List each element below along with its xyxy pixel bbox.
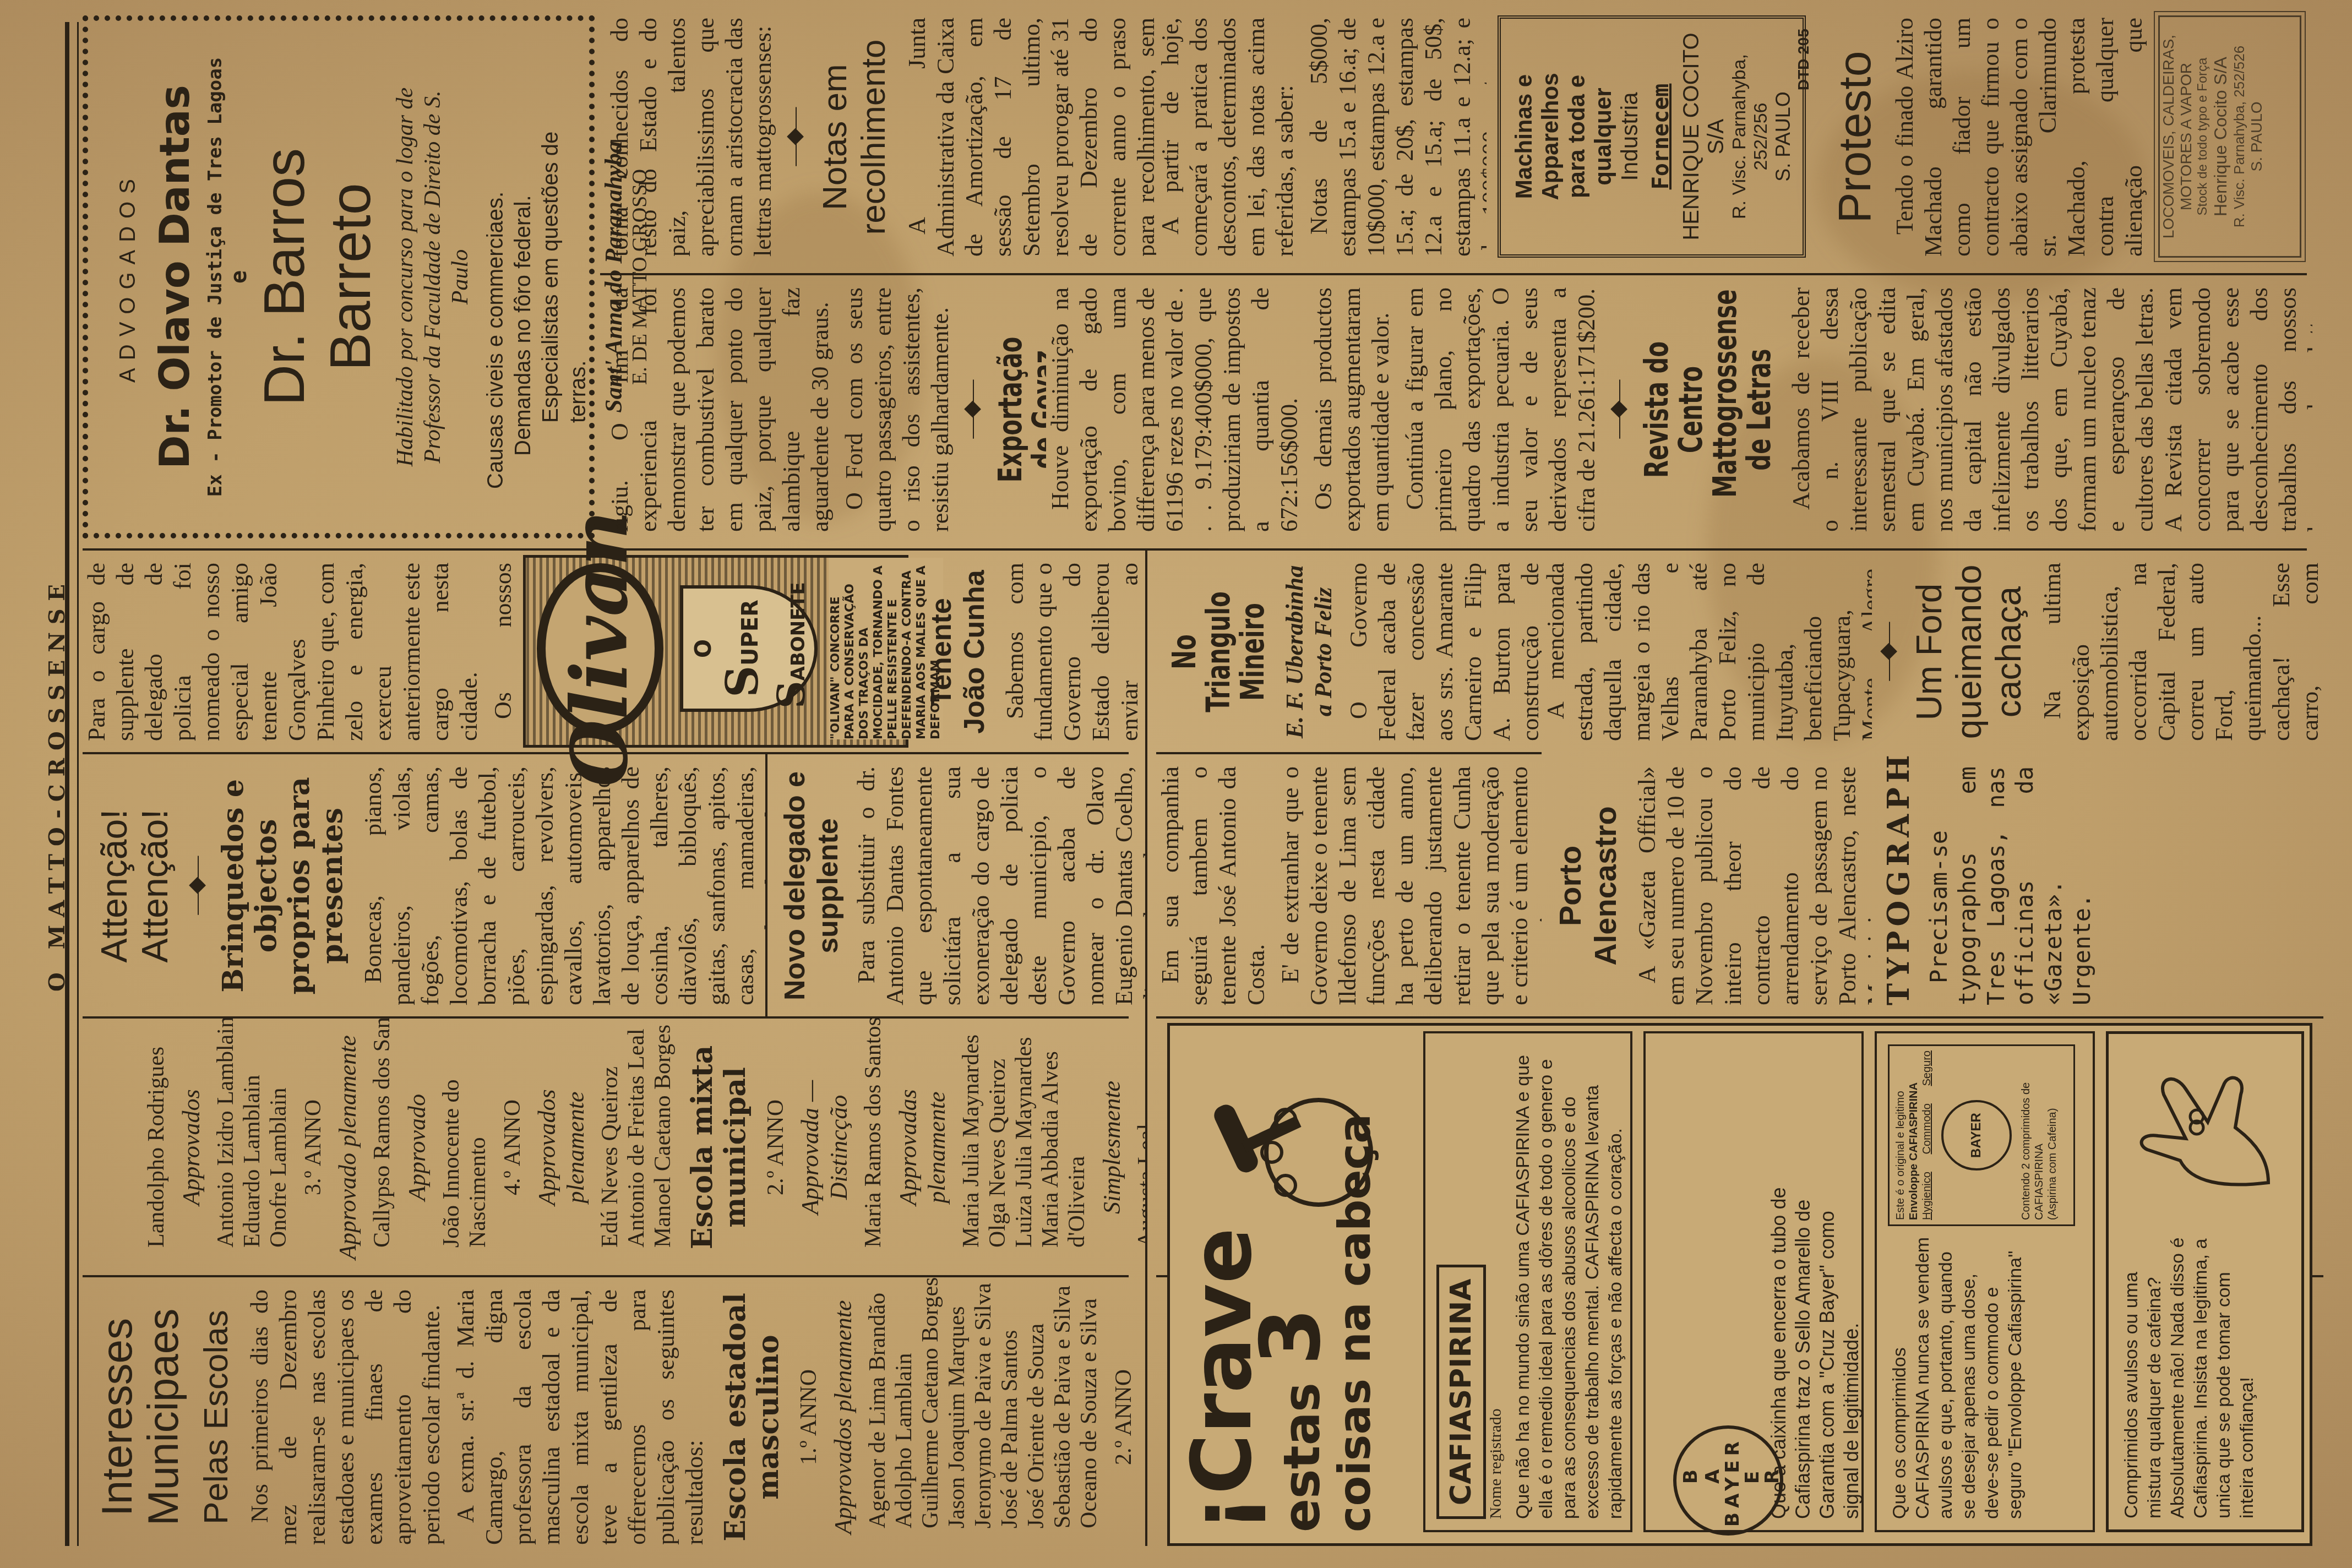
brinquedos-subhead: Brinquedos e objectos proprios para pres… — [217, 766, 349, 1005]
grade-label: Approvados plenamente — [533, 1031, 590, 1264]
porto-article: Porto Alencastro A «Gazeta Official» em … — [1542, 754, 1872, 1017]
triangulo-article: No Triangulo Mineiro E. F. Uberabinha a … — [1156, 551, 1542, 753]
notas-article: torna conhecidos do resto do Estado e do… — [606, 6, 1156, 269]
lawyer-2-name: Dr. Barros Barreto — [252, 54, 384, 500]
escola-estadoal-heading: Escola estadoal masculino — [719, 1289, 785, 1545]
protesto-article: Protesto Tendo o finado Alziro Machado g… — [1817, 6, 2147, 269]
advogados-label: ADVOGADOS — [116, 54, 140, 500]
lawyer-1-title: Ex - Promotor de Justiça de Tres Lagoas — [204, 54, 226, 500]
year-4-label: 4.º ANNO — [499, 1031, 526, 1264]
delegado-headline: Novo delegado e supplente — [778, 766, 845, 1005]
escolas-paragraph-1: Nos primeiros dias do mez de Dezembro re… — [246, 1289, 446, 1545]
super-sabonete-badge: O SUPER SABONETE — [680, 585, 818, 712]
names-list: Antonio Izidro Lamblain Eduardo Lamblain… — [213, 1031, 292, 1248]
triangulo-headline: No Triangulo Mineiro — [1167, 587, 1270, 716]
tenente-continued: Em sua companhia seguirá tambem o tenent… — [1156, 754, 1542, 1017]
notas-continued: A partir de hoje, começará a pratica dos… — [1156, 6, 1487, 269]
year-2-label: 2.º ANNO — [1110, 1289, 1137, 1545]
notas-headline: Notas em recolhimento — [816, 18, 893, 257]
locomoveis-ad: LOCOMOVEIS, CALDEIRAS, MOTORES A VAPOR S… — [2158, 15, 2301, 258]
hand-with-tablets-icon — [2125, 1050, 2279, 1205]
delegado-article: Novo delegado e supplente Para substitui… — [771, 754, 1145, 1017]
bayer-cross-icon: B A BAYER E R — [1673, 1425, 1783, 1536]
cafiaspirina-panel-3: Que os comprimidos CAFIASPIRINA nunca se… — [1875, 1031, 2095, 1532]
results-column: Landolpho Rodrigues Approvados Antonio I… — [83, 1019, 1145, 1276]
company-name: HENRIQUE COCITO S/A — [1679, 29, 1729, 244]
olivan-logo: Olivan — [537, 563, 663, 734]
names-list: Edú Neves Queiroz Antonio de Freitas Lea… — [597, 1031, 676, 1248]
grade-label: Approvados plenamente — [1144, 1289, 1145, 1545]
machinas-ad: Machinas e Apparelhos para toda e qualqu… — [1498, 15, 1806, 258]
services-list: Causas civeis e commerciaes. Demandas no… — [482, 65, 592, 489]
tenente-article-head: Tenente João Cunha Sabemos com fundament… — [914, 551, 1145, 753]
grade-label: Approvados — [177, 1031, 206, 1264]
attencao-headline: Attenção! Attenção! — [94, 766, 175, 1005]
masthead-rule — [65, 22, 79, 1546]
typographos-article: TYPOGRAPHOS Precisam-se typographos em T… — [1872, 754, 2323, 1017]
porto-headline: Porto Alencastro — [1553, 766, 1623, 1005]
envelope-illustration: Este é o original e legitimo Envoloppe C… — [1888, 1044, 2075, 1226]
typographos-headline: TYPOGRAPHOS — [1882, 766, 1915, 1005]
names-list-year1: Agenor de Lima Brandão Adolpho Lamblain … — [864, 1289, 1102, 1528]
names-list: Maria Julia Maynardes Olga Neves Queiroz… — [958, 1031, 1090, 1248]
ford-headline: Um Ford queimando cachaça — [1909, 563, 2028, 741]
grade-label: Approvado plenamente — [334, 1031, 362, 1264]
cafiaspirina-panel-1: CAFIASPIRINA Nome registrado Que não ha … — [1423, 1031, 1632, 1532]
protesto-headline: Protesto — [1828, 18, 1881, 257]
brinquedos-list: Bonecas, pianos, pandeiros, violas, fogõ… — [359, 766, 765, 1005]
lawyers-ad: ADVOGADOS Dr. Olavo Dantas Ex - Promotor… — [83, 15, 595, 538]
escola-mixta-heading: Escola mixta municipal — [686, 1031, 752, 1264]
escolas-paragraph-2: A exma. sr.ª d. Maria Camargo, digna pro… — [451, 1289, 709, 1545]
interesses-headline: Interesses Municipaes — [94, 1289, 186, 1545]
cafiaspirina-panel-4: Comprimidos avulsos ou uma mistura qualq… — [2106, 1031, 2304, 1532]
goyaz-headline: Exportação de Goyaz — [993, 322, 1046, 498]
grade-label: Approvados plenamente — [829, 1289, 858, 1545]
lawyer-2-title: Habilitado por concurso para o logar de … — [391, 76, 474, 478]
attencao-column: Attenção! Attenção! —◆— Brinquedos e obj… — [83, 754, 765, 1017]
hammer-head-illustration-icon — [1214, 1070, 1379, 1235]
triangulo-continued: A mencionada estrada, partindo daquella … — [1542, 551, 1872, 753]
pelas-escolas-subhead: Pelas Escolas — [197, 1289, 236, 1545]
grade-label: Approvada — Distincção — [796, 1031, 853, 1264]
cafiaspirina-logo: CAFIASPIRINA — [1436, 1265, 1486, 1519]
goyaz-continued: Houve diminuição na exportação de gado b… — [1046, 275, 2312, 544]
delegado-continued: Para o cargo de supplente de delegado de… — [83, 551, 512, 753]
ford-continued: rigiu. O fim da experiencia foi demonstr… — [606, 275, 1046, 544]
olivan-ad: Olivan O SUPER SABONETE "OLIVAN" CONCORR… — [523, 555, 908, 748]
interesses-column: Interesses Municipaes Pelas Escolas Nos … — [83, 1277, 1145, 1557]
revista-headline: Revista do Centro Mattogrossense de Letr… — [1640, 322, 1776, 498]
year-label: 2.º ANNO — [762, 1031, 790, 1264]
section-divider — [1145, 551, 1147, 1546]
bayer-cross-icon: BAYER — [1941, 1100, 2012, 1170]
grade-label: Approvadas plenamente — [894, 1031, 951, 1264]
grade-label: Approvado — [403, 1031, 432, 1264]
tenente-headline: Tenente João Cunha — [925, 563, 991, 741]
cafiaspirina-ad: ¡Crave estas 3 coisas na cabeça CAFIASPI… — [1167, 1023, 2312, 1546]
grade-label: Simplesmente — [1098, 1031, 1126, 1264]
newspaper-page: O MATTO-CROSSENSE Interesses Municipaes … — [0, 0, 2352, 1568]
ornament-divider: —◆— — [185, 766, 207, 1005]
cafiaspirina-panel-2: B A BAYER E R Que a caixinha que encerra… — [1643, 1031, 1864, 1532]
lawyer-1-name: Dr. Olavo Dantas — [151, 54, 199, 500]
names-list: Augusta Leal Leonizia Alves d'Oliveira F… — [1133, 1031, 1145, 1248]
year-3-label: 3.º ANNO — [300, 1031, 327, 1264]
ford-article: —◆— Um Ford queimando cachaça Na ultima … — [1872, 551, 2323, 753]
year-1-label: 1.º ANNO — [795, 1289, 823, 1545]
